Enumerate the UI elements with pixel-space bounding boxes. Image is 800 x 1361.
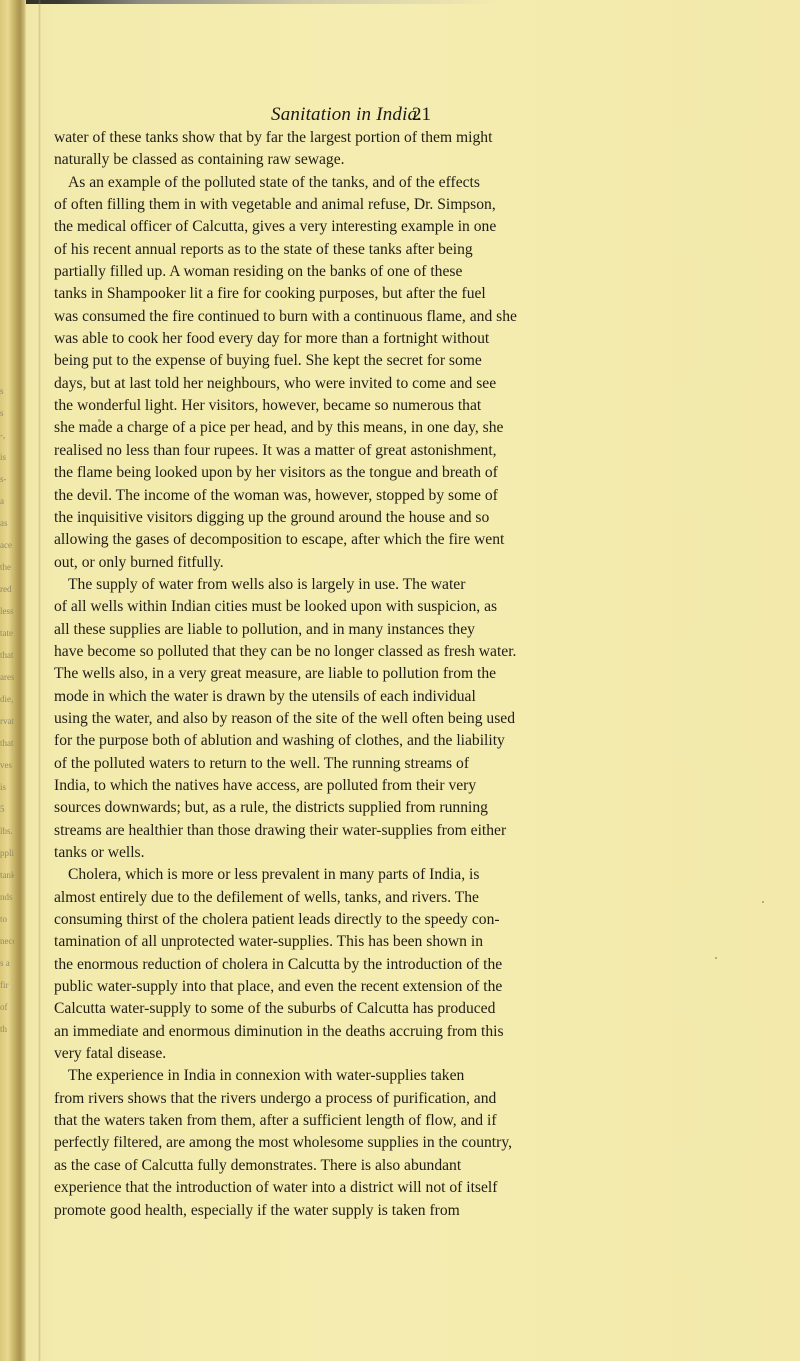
facing-page-fragment: s	[0, 380, 14, 402]
scan-speck	[98, 419, 101, 422]
text-line: India, to which the natives have access,…	[54, 775, 414, 797]
text-line: the inquisitive visitors digging up the …	[54, 507, 414, 529]
facing-page-fragment: as	[0, 512, 14, 534]
facing-page-fragment: pplies	[0, 842, 14, 864]
text-line: Cholera, which is more or less prevalent…	[54, 864, 414, 886]
facing-page-fragment: is	[0, 446, 14, 468]
text-line: realised no less than four rupees. It wa…	[54, 440, 414, 462]
text-line: was able to cook her food every day for …	[54, 328, 414, 350]
book-gutter	[14, 0, 26, 1361]
facing-page-fragment: ares	[0, 666, 14, 688]
facing-page-fragment: that	[0, 644, 14, 666]
scan-speck	[762, 901, 764, 903]
facing-page-fragment: a	[0, 490, 14, 512]
text-line: of often filling them in with vegetable …	[54, 194, 414, 216]
paragraph: The experience in India in connexion wit…	[54, 1065, 414, 1221]
text-line: that the waters taken from them, after a…	[54, 1110, 414, 1132]
text-line: days, but at last told her neighbours, w…	[54, 373, 414, 395]
text-line: The wells also, in a very great measure,…	[54, 663, 414, 685]
text-line: was consumed the fire continued to burn …	[54, 306, 414, 328]
text-line: The experience in India in connexion wit…	[54, 1065, 414, 1087]
text-line: an immediate and enormous diminution in …	[54, 1021, 414, 1043]
text-line: the enormous reduction of cholera in Cal…	[54, 954, 414, 976]
text-line: using the water, and also by reason of t…	[54, 708, 414, 730]
text-line: out, or only burned fitfully.	[54, 552, 414, 574]
text-line: streams are healthier than those drawing…	[54, 820, 414, 842]
facing-page-fragment: that	[0, 732, 14, 754]
facing-page-fragment: ace	[0, 534, 14, 556]
text-line: sources downwards; but, as a rule, the d…	[54, 797, 414, 819]
running-header: Sanitation in India. 21	[0, 96, 800, 126]
text-line: tamination of all unprotected water-supp…	[54, 931, 414, 953]
facing-page-fragment: red	[0, 578, 14, 600]
text-line: tanks or wells.	[54, 842, 414, 864]
facing-page-fragment: rvat-	[0, 710, 14, 732]
text-line: mode in which the water is drawn by the …	[54, 686, 414, 708]
text-line: almost entirely due to the defilement of…	[54, 887, 414, 909]
text-line: the wonderful light. Her visitors, howev…	[54, 395, 414, 417]
text-line: the devil. The income of the woman was, …	[54, 485, 414, 507]
text-line: promote good health, especially if the w…	[54, 1200, 414, 1222]
text-line: Calcutta water-supply to some of the sub…	[54, 998, 414, 1020]
scanned-book-page: ss-,iss-aasacetheredlesstatethataresdie,…	[0, 0, 800, 1361]
text-line: the medical officer of Calcutta, gives a…	[54, 216, 414, 238]
text-line: as the case of Calcutta fully demonstrat…	[54, 1155, 414, 1177]
paragraph: As an example of the polluted state of t…	[54, 172, 414, 574]
running-title: Sanitation in India.	[271, 104, 422, 126]
text-line: being put to the expense of buying fuel.…	[54, 350, 414, 372]
facing-page-fragment: the	[0, 556, 14, 578]
facing-page-fragment: s-	[0, 468, 14, 490]
text-line: have become so polluted that they can be…	[54, 641, 414, 663]
facing-page-fragment: s a fir	[0, 952, 14, 996]
facing-page-fragment: of th	[0, 996, 14, 1040]
text-line: allowing the gases of decomposition to e…	[54, 529, 414, 551]
paragraph: water of these tanks show that by far th…	[54, 127, 414, 172]
text-line: consuming thirst of the cholera patient …	[54, 909, 414, 931]
page-number: 21	[412, 104, 431, 126]
facing-page-fragment: necess	[0, 930, 14, 952]
facing-page-fragment: s	[0, 402, 14, 424]
text-line: of his recent annual reports as to the s…	[54, 239, 414, 261]
text-line: tanks in Shampooker lit a fire for cooki…	[54, 283, 414, 305]
body-text: water of these tanks show that by far th…	[54, 127, 414, 1222]
text-line: she made a charge of a pice per head, an…	[54, 417, 414, 439]
text-line: the flame being looked upon by her visit…	[54, 462, 414, 484]
facing-page-text-fragments: ss-,iss-aasacetheredlesstatethataresdie,…	[0, 380, 14, 1040]
gutter-crease	[38, 0, 41, 1361]
text-line: The supply of water from wells also is l…	[54, 574, 414, 596]
text-line: from rivers shows that the rivers underg…	[54, 1088, 414, 1110]
text-line: for the purpose both of ablution and was…	[54, 730, 414, 752]
text-line: all these supplies are liable to polluti…	[54, 619, 414, 641]
facing-page-fragment: -,	[0, 424, 14, 446]
text-line: very fatal disease.	[54, 1043, 414, 1065]
facing-page-fragment: die,	[0, 688, 14, 710]
facing-page-fragment: ves is	[0, 754, 14, 798]
facing-page-fragment: 5 lbs.	[0, 798, 14, 842]
facing-page-fragment: nds to	[0, 886, 14, 930]
text-line: water of these tanks show that by far th…	[54, 127, 414, 149]
text-line: perfectly filtered, are among the most w…	[54, 1132, 414, 1154]
text-line: public water-supply into that place, and…	[54, 976, 414, 998]
paragraph: The supply of water from wells also is l…	[54, 574, 414, 864]
facing-page-fragment: tate	[0, 622, 14, 644]
scan-speck	[715, 957, 717, 959]
text-line: naturally be classed as containing raw s…	[54, 149, 414, 171]
facing-page-fragment: tank	[0, 864, 14, 886]
scan-edge-shadow	[0, 0, 800, 4]
paragraph: Cholera, which is more or less prevalent…	[54, 864, 414, 1065]
text-line: of the polluted waters to return to the …	[54, 753, 414, 775]
text-line: of all wells within Indian cities must b…	[54, 596, 414, 618]
text-line: partially filled up. A woman residing on…	[54, 261, 414, 283]
text-line: As an example of the polluted state of t…	[54, 172, 414, 194]
text-line: experience that the introduction of wate…	[54, 1177, 414, 1199]
facing-page-fragment: less	[0, 600, 14, 622]
